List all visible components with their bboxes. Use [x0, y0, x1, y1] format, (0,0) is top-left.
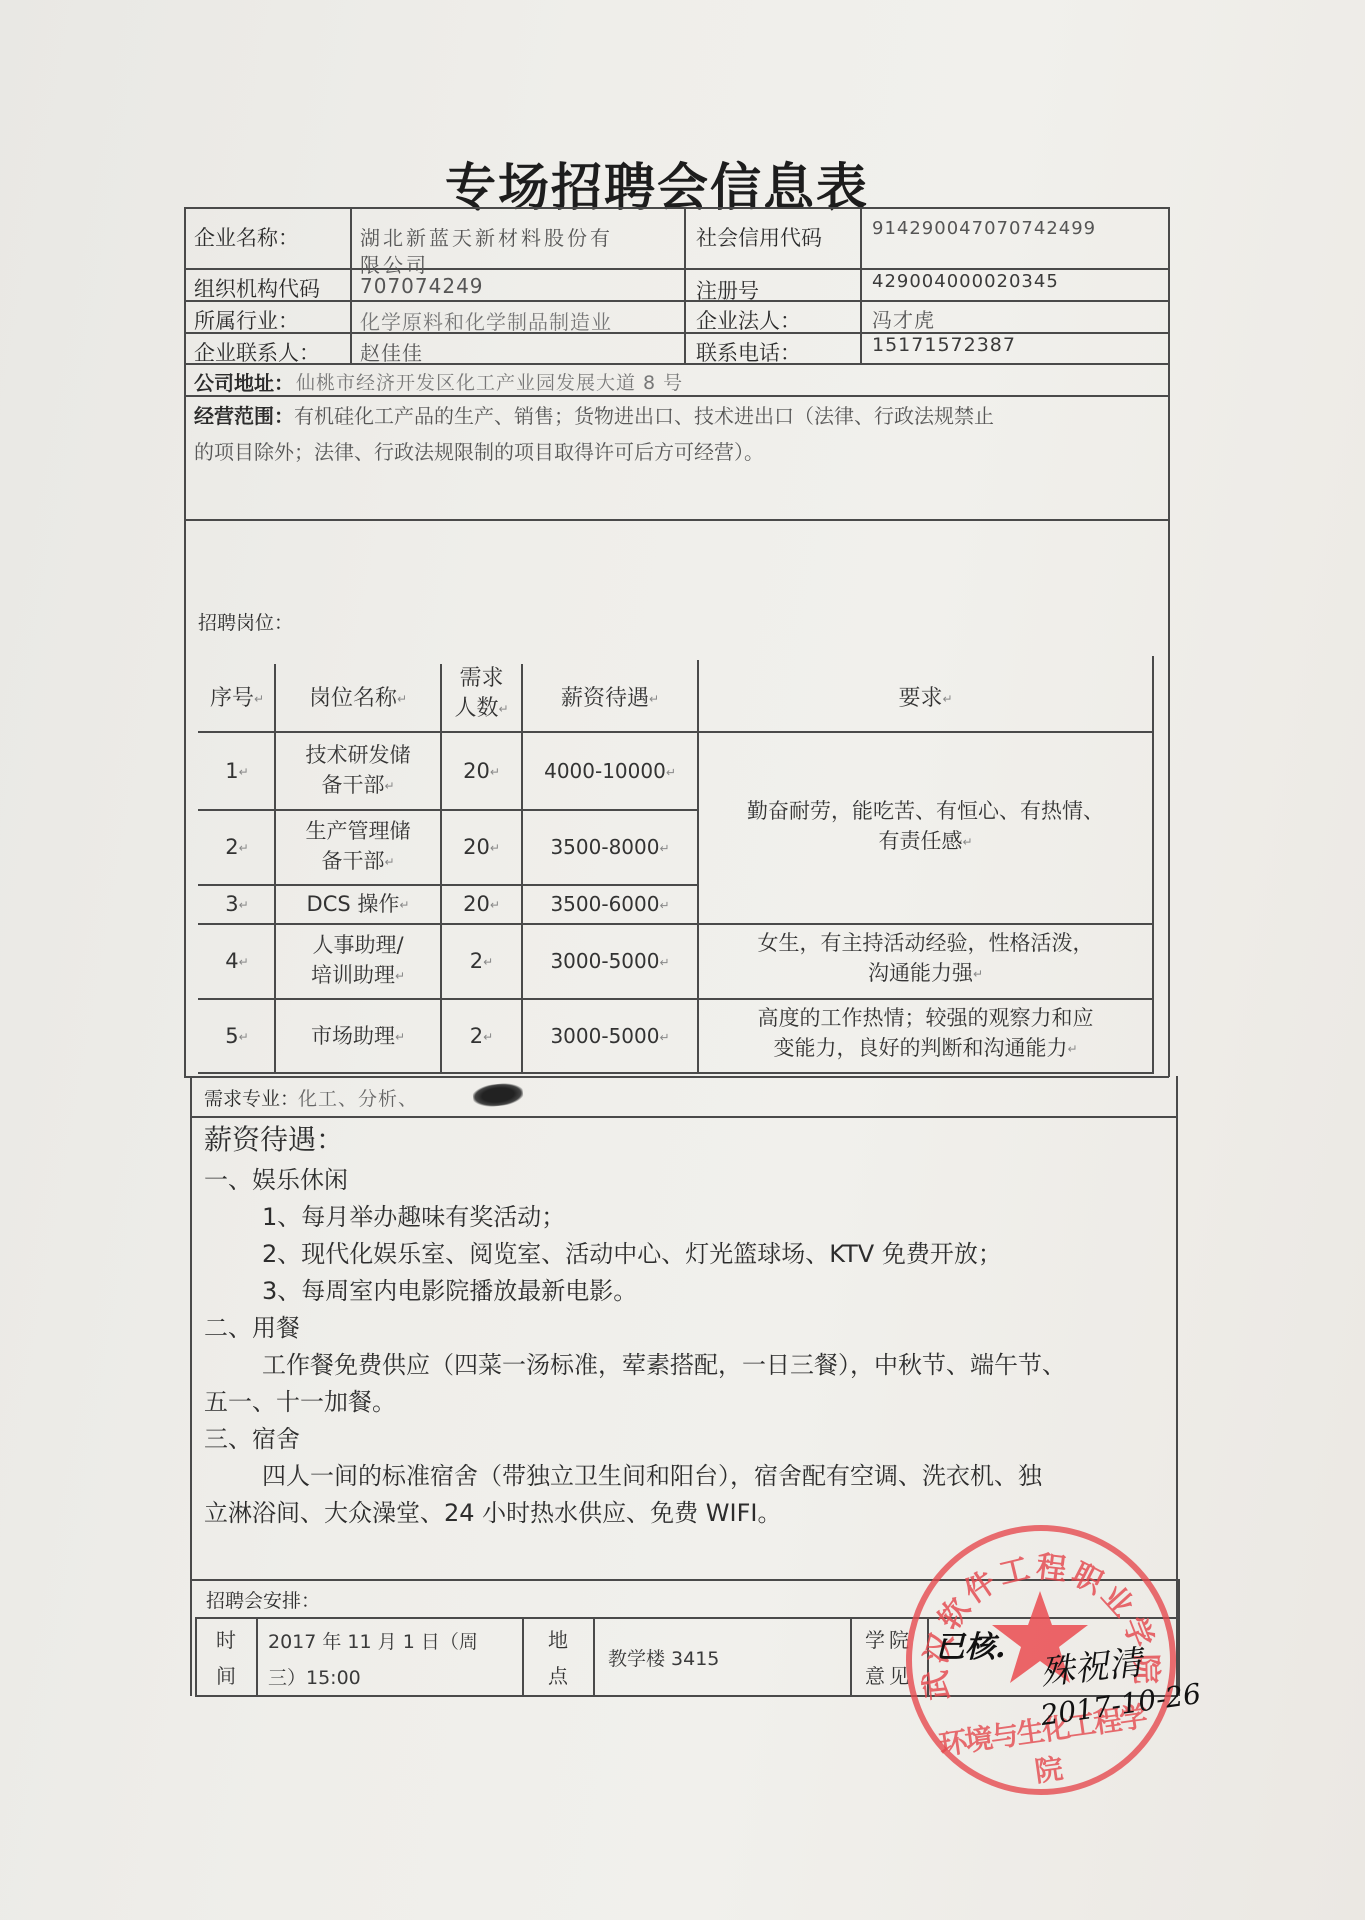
benefits-sec1-item2: 2、现代化娱乐室、阅览室、活动中心、灯光篮球场、KTV 免费开放； — [262, 1234, 1002, 1269]
address-label: 公司地址： — [194, 367, 294, 396]
time-label: 时间 — [198, 1622, 254, 1694]
benefits-sec3-title: 三、宿舍 — [204, 1419, 300, 1454]
company-name-label: 企业名称： — [194, 222, 299, 252]
redacted-scribble — [472, 1081, 524, 1108]
benefits-sec3-line2: 立淋浴间、大众澡堂、24 小时热水供应、免费 WIFI。 — [204, 1493, 782, 1528]
company-name-line1: 湖北新蓝天新材料股份有 — [360, 222, 613, 251]
industry-value: 化学原料和化学制品制造业 — [360, 306, 612, 335]
benefits-sec3-line1: 四人一间的标准宿舍（带独立卫生间和阳台），宿舍配有空调、洗衣机、独 — [262, 1456, 1042, 1491]
header-no: 序号↵ — [200, 684, 274, 714]
page-title: 专场招聘会信息表 — [445, 146, 905, 208]
requirement-row-4: 女生，有主持活动经验，性格活泼，沟通能力强↵ — [699, 928, 1152, 989]
phone-value: 15171572387 — [872, 334, 1016, 356]
benefits-sec2-line1: 工作餐免费供应（四菜一汤标准，荤素搭配，一日三餐），中秋节、端午节、 — [262, 1345, 1066, 1380]
benefits-sec1-item1: 1、每月举办趣味有奖活动； — [262, 1197, 565, 1232]
header-position-name: 岗位名称↵ — [276, 684, 440, 714]
reg-no-label: 注册号 — [696, 275, 759, 305]
credit-code-value: 914290047070742499 — [872, 218, 1096, 239]
phone-label: 联系电话： — [696, 337, 801, 367]
place-label: 地点 — [524, 1622, 592, 1694]
requirement-rows-1-3: 勤奋耐劳，能吃苦、有恒心、有热情、有责任感↵ — [699, 796, 1152, 857]
time-value: 2017 年 11 月 1 日（周三）15:00 — [268, 1624, 478, 1696]
benefits-sec1-item3: 3、每周室内电影院播放最新电影。 — [262, 1271, 637, 1306]
org-code-value: 707074249 — [360, 274, 484, 298]
industry-label: 所属行业： — [194, 305, 299, 335]
handwritten-approval: 已核. — [935, 1622, 1005, 1666]
business-scope-line2: 的项目除外；法律、行政法规限制的项目取得许可后方可经营）。 — [194, 440, 764, 464]
org-code-label: 组织机构代码 — [194, 273, 320, 303]
benefits-sec1-title: 一、娱乐休闲 — [204, 1160, 348, 1195]
schedule-label: 招聘会安排： — [206, 1586, 320, 1613]
address-value: 仙桃市经济开发区化工产业园发展大道 8 号 — [296, 368, 683, 395]
majors-label: 需求专业： — [204, 1084, 299, 1111]
legal-rep-label: 企业法人： — [696, 305, 801, 335]
legal-rep-value: 冯才虎 — [872, 304, 935, 333]
requirement-row-5: 高度的工作热情；较强的观察力和应变能力，良好的判断和沟通能力↵ — [699, 1003, 1152, 1064]
contact-value: 赵佳佳 — [360, 337, 423, 366]
business-scope: 经营范围：有机硅化工产品的生产、销售；货物进出口、技术进出口（法律、行政法规禁止… — [194, 398, 1164, 470]
header-count: 需求人数↵ — [442, 664, 521, 724]
benefits-sec2-line2: 五一、十一加餐。 — [204, 1382, 396, 1417]
header-salary: 薪资待遇↵ — [523, 684, 697, 714]
benefits-heading: 薪资待遇： — [204, 1118, 344, 1158]
benefits-sec2-title: 二、用餐 — [204, 1308, 300, 1343]
place-value: 教学楼 3415 — [608, 1644, 719, 1671]
business-scope-line1: 有机硅化工产品的生产、销售；货物进出口、技术进出口（法律、行政法规禁止 — [294, 404, 994, 428]
positions-section-label: 招聘岗位： — [198, 608, 293, 635]
majors-value: 化工、分析、 — [298, 1084, 418, 1111]
business-scope-label: 经营范围： — [194, 404, 294, 428]
header-requirements: 要求↵ — [699, 684, 1152, 714]
reg-no-value: 429004000020345 — [872, 271, 1059, 292]
contact-label: 企业联系人： — [194, 337, 320, 367]
credit-code-label: 社会信用代码 — [696, 222, 822, 252]
